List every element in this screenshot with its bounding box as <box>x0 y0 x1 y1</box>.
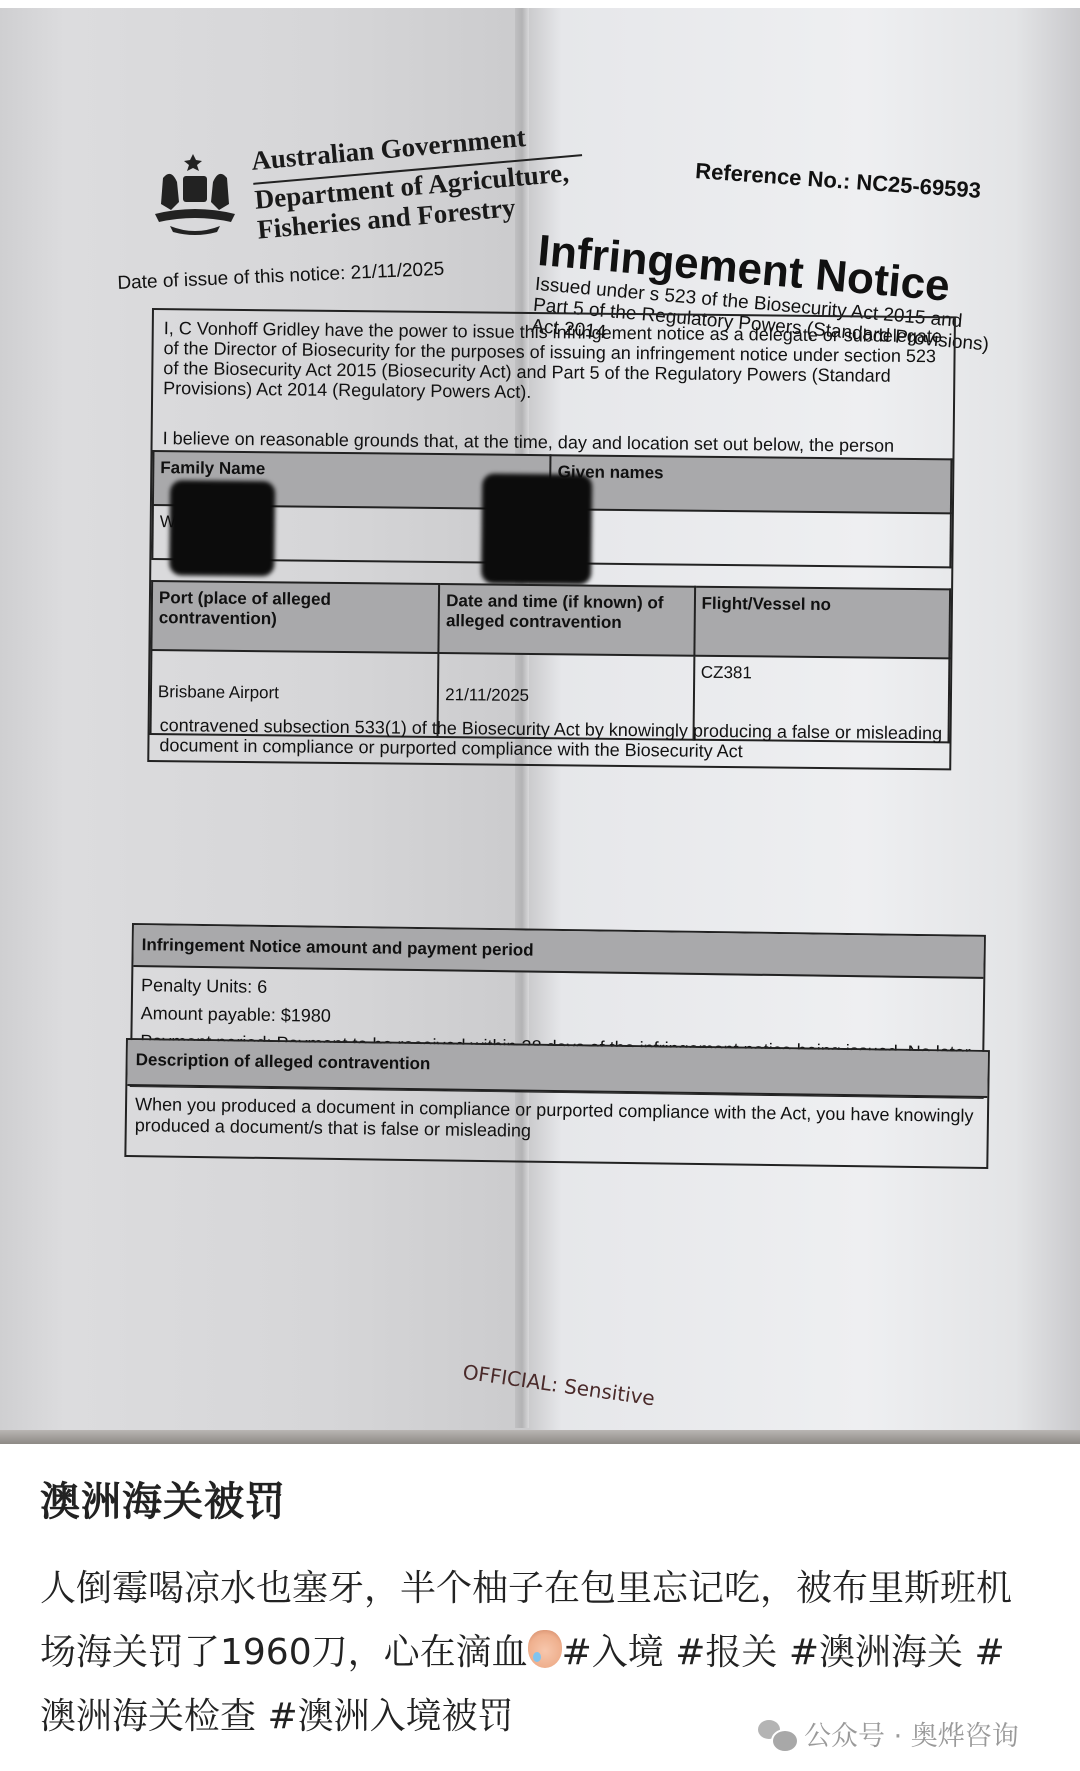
given-names-label: Given names <box>550 455 951 513</box>
delegate-statement: I, C Vonhoff Gridley have the power to i… <box>153 310 954 406</box>
coat-of-arms-icon <box>145 148 245 243</box>
description-text: When you produced a document in complian… <box>127 1086 988 1156</box>
hashtag[interactable]: #澳洲入境被罚 <box>267 1696 513 1737</box>
redaction-given-names <box>481 473 592 584</box>
post-title: 澳洲海关被罚 <box>40 1470 1050 1527</box>
description-box: Description of alleged contravention Whe… <box>124 1038 990 1169</box>
crying-face-emoji-icon <box>528 1630 562 1668</box>
contravention-text: contravened subsection 533(1) of the Bio… <box>159 715 949 763</box>
flight-header: Flight/Vessel no <box>694 587 950 659</box>
notice-details-box: I, C Vonhoff Gridley have the power to i… <box>147 308 956 770</box>
wechat-icon <box>758 1718 796 1750</box>
watermark: 公众号 · 奥烨咨询 <box>758 1714 1019 1753</box>
date-time-header: Date and time (if known) of alleged cont… <box>439 584 695 656</box>
post-caption: 澳洲海关被罚 人倒霉喝凉水也塞牙，半个柚子在包里忘记吃，被布里斯班机场海关罚了1… <box>40 1470 1050 1749</box>
given-names-value <box>550 509 951 567</box>
redaction-family-name <box>169 480 275 576</box>
port-header: Port (place of alleged contravention) <box>151 581 439 653</box>
watermark-text: 公众号 · 奥烨咨询 <box>804 1714 1019 1753</box>
hashtag[interactable]: #报关 <box>675 1632 777 1673</box>
hashtag[interactable]: #澳洲海关 <box>789 1632 963 1673</box>
hashtag[interactable]: #入境 <box>562 1632 664 1673</box>
notice-photo: Australian Government Department of Agri… <box>0 8 1080 1444</box>
